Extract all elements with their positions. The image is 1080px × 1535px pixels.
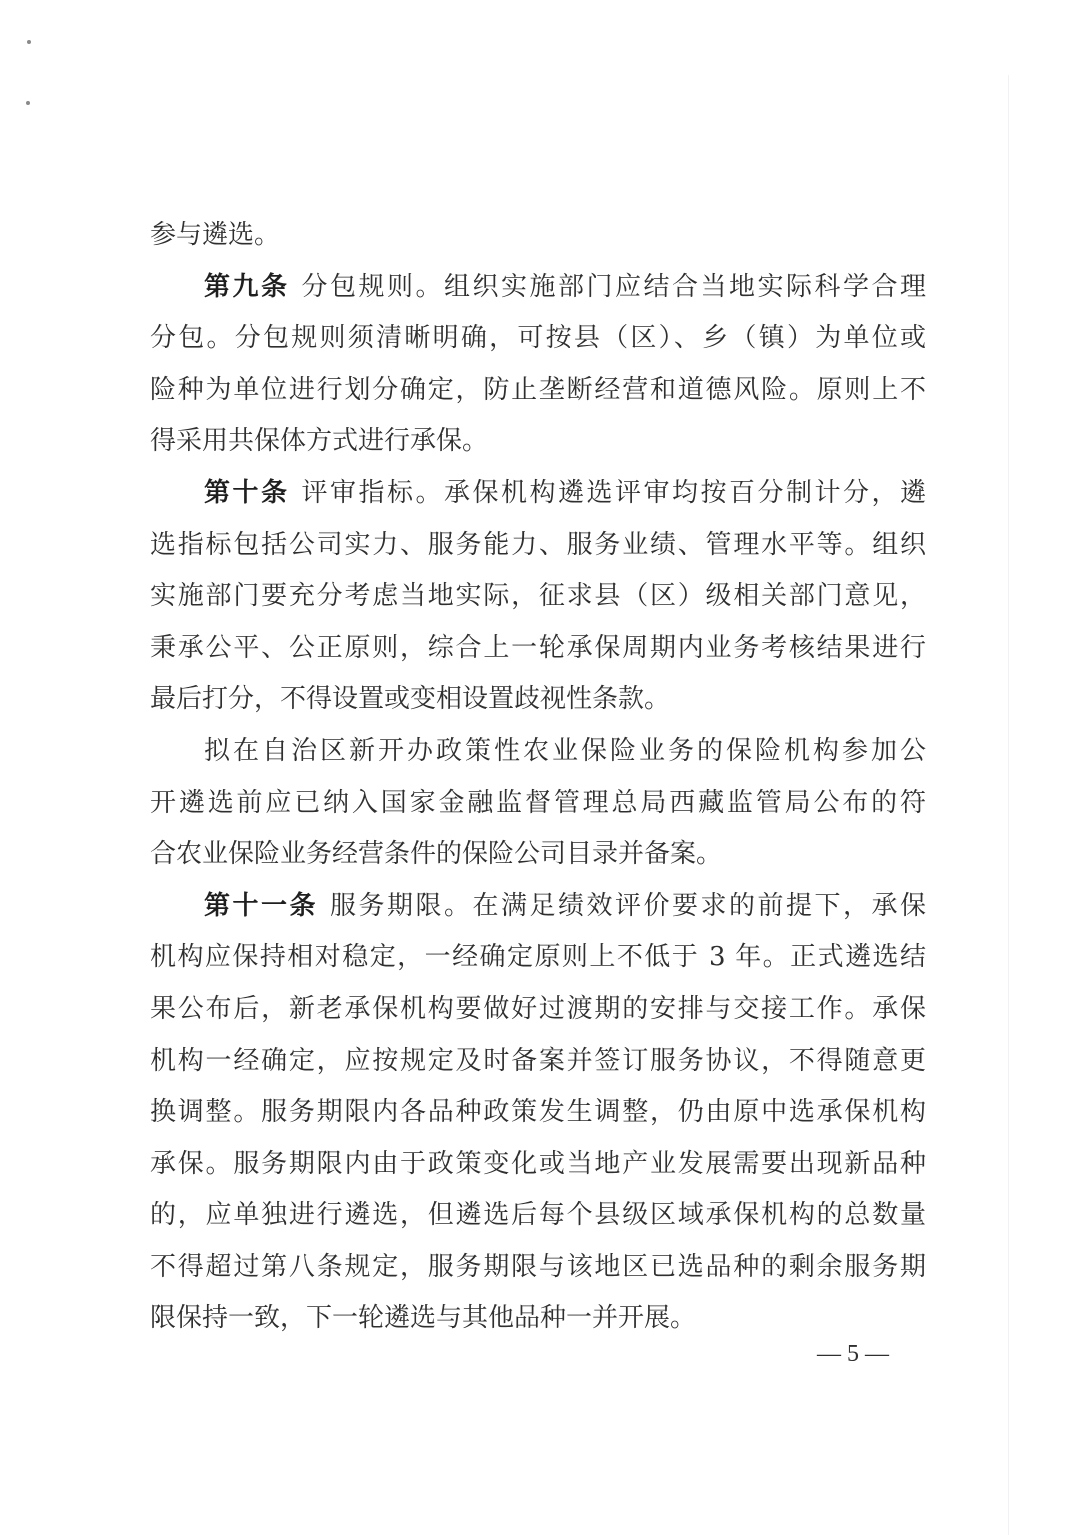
line-text: 秉承公平、公正原则，综合上一轮承保周期内业务考核结果进行 <box>150 633 926 663</box>
paragraph-first-line: 拟在自治区新开办政策性农业保险业务的保险机构参加公 <box>150 726 926 778</box>
line-text: 得采用共保体方式进行承保。 <box>150 426 488 456</box>
line-text: 果公布后，新老承保机构要做好过渡期的安排与交接工作。承保 <box>150 994 926 1024</box>
article-number: 第十条 <box>204 478 290 508</box>
article-heading-line: 第十一条服务期限。在满足绩效评价要求的前提下，承保 <box>150 881 926 933</box>
page-number: — 5 — <box>808 1336 898 1372</box>
text-line: 实施部门要充分考虑当地实际，征求县（区）级相关部门意见， <box>150 571 926 623</box>
line-text: 选指标包括公司实力、服务能力、服务业绩、管理水平等。组织 <box>150 530 926 560</box>
line-text: 换调整。服务期限内各品种政策发生调整，仍由原中选承保机构 <box>150 1097 926 1127</box>
line-text: 限保持一致，下一轮遴选与其他品种一并开展。 <box>150 1303 696 1333</box>
text-line: 分包。分包规则须清晰明确，可按县（区）、乡（镇）为单位或 <box>150 313 926 365</box>
text-line: 承保。服务期限内由于政策变化或当地产业发展需要出现新品种 <box>150 1139 926 1191</box>
text-line: 不得超过第八条规定，服务期限与该地区已选品种的剩余服务期 <box>150 1242 926 1294</box>
line-text: 合农业保险业务经营条件的保险公司目录并备案。 <box>150 839 722 869</box>
text-line: 选指标包括公司实力、服务能力、服务业绩、管理水平等。组织 <box>150 520 926 572</box>
text-line: 险种为单位进行划分确定，防止垄断经营和道德风险。原则上不 <box>150 365 926 417</box>
line-text: 的，应单独进行遴选，但遴选后每个县级区域承保机构的总数量 <box>150 1200 926 1230</box>
line-text: 实施部门要充分考虑当地实际，征求县（区）级相关部门意见， <box>150 581 926 611</box>
line-text: 险种为单位进行划分确定，防止垄断经营和道德风险。原则上不 <box>150 375 926 405</box>
text-line: 换调整。服务期限内各品种政策发生调整，仍由原中选承保机构 <box>150 1087 926 1139</box>
line-text: 评审指标。承保机构遴选评审均按百分制计分，遴 <box>302 478 926 508</box>
text-line: 果公布后，新老承保机构要做好过渡期的安排与交接工作。承保 <box>150 984 926 1036</box>
text-line: 最后打分，不得设置或变相设置歧视性条款。 <box>150 674 926 726</box>
page-edge-shadow <box>1008 75 1009 1535</box>
article-number: 第九条 <box>204 272 290 302</box>
document-body: 参与遴选。 第九条分包规则。组织实施部门应结合当地实际科学合理 分包。分包规则须… <box>150 210 926 1345</box>
text-line: 合农业保险业务经营条件的保险公司目录并备案。 <box>150 829 926 881</box>
text-line: 参与遴选。 <box>150 210 926 262</box>
line-text: 参与遴选。 <box>150 220 280 250</box>
article-heading-line: 第九条分包规则。组织实施部门应结合当地实际科学合理 <box>150 262 926 314</box>
text-line: 秉承公平、公正原则，综合上一轮承保周期内业务考核结果进行 <box>150 623 926 675</box>
line-text: 分包。分包规则须清晰明确，可按县（区）、乡（镇）为单位或 <box>150 323 926 353</box>
article-number: 第十一条 <box>204 891 318 921</box>
line-text: 最后打分，不得设置或变相设置歧视性条款。 <box>150 684 670 714</box>
text-line: 开遴选前应已纳入国家金融监督管理总局西藏监管局公布的符 <box>150 778 926 830</box>
text-line: 机构一经确定，应按规定及时备案并签订服务协议，不得随意更 <box>150 1036 926 1088</box>
line-text: 机构一经确定，应按规定及时备案并签订服务协议，不得随意更 <box>150 1046 926 1076</box>
line-text: 开遴选前应已纳入国家金融监督管理总局西藏监管局公布的符 <box>150 788 926 818</box>
text-line: 机构应保持相对稳定，一经确定原则上不低于 3 年。正式遴选结 <box>150 932 926 984</box>
text-line: 得采用共保体方式进行承保。 <box>150 416 926 468</box>
article-heading-line: 第十条评审指标。承保机构遴选评审均按百分制计分，遴 <box>150 468 926 520</box>
line-text: 拟在自治区新开办政策性农业保险业务的保险机构参加公 <box>204 736 926 766</box>
line-text: 承保。服务期限内由于政策变化或当地产业发展需要出现新品种 <box>150 1149 926 1179</box>
binding-hole-dot <box>27 40 31 44</box>
binding-hole-dot <box>26 101 30 105</box>
line-text: 分包规则。组织实施部门应结合当地实际科学合理 <box>302 272 926 302</box>
text-line: 的，应单独进行遴选，但遴选后每个县级区域承保机构的总数量 <box>150 1190 926 1242</box>
line-text: 不得超过第八条规定，服务期限与该地区已选品种的剩余服务期 <box>150 1252 926 1282</box>
line-text: 机构应保持相对稳定，一经确定原则上不低于 3 年。正式遴选结 <box>150 942 926 972</box>
line-text: 服务期限。在满足绩效评价要求的前提下，承保 <box>330 891 926 921</box>
